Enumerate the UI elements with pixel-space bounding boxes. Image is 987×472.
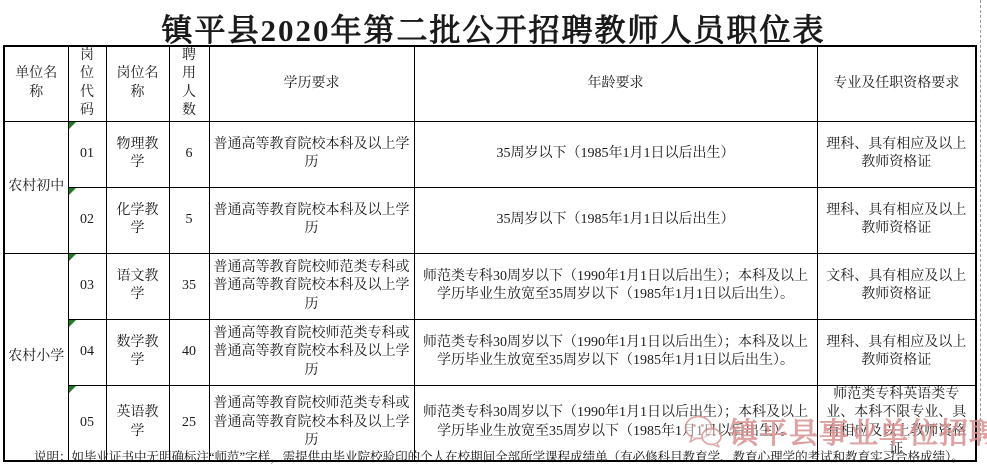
footnote: 说明：如毕业证书中无明确标注“师范”字样，需提供由毕业院校验印的个人在校期间全部… [34, 447, 969, 465]
col-header-age: 年龄要求 [414, 46, 817, 121]
unit-name-cell: 农村小学 [4, 253, 68, 460]
age-cell: 35周岁以下（1985年1月1日以后出生） [414, 121, 817, 187]
col-header-post-code: 岗位代码 [68, 46, 106, 121]
age-cell: 35周岁以下（1985年1月1日以后出生） [414, 187, 817, 253]
page-break-divider [980, 0, 981, 441]
page-title: 镇平县2020年第二批公开招聘教师人员职位表 [0, 5, 987, 50]
post-code-cell: 02 [68, 187, 106, 253]
cell-flag-icon [69, 386, 76, 393]
job-positions-table: 单位名称 岗位代码 岗位名称 聘用人数 学历要求 年龄要求 专业及任职资格要求 … [3, 45, 977, 462]
post-code-cell: 01 [68, 121, 106, 187]
qualification-cell: 理科、具有相应及以上教师资格证 [817, 187, 976, 253]
hire-count-cell: 5 [169, 187, 209, 253]
post-code-text: 03 [80, 278, 94, 293]
post-code-text: 05 [80, 415, 94, 430]
post-code-text: 01 [80, 146, 94, 161]
age-cell: 师范类专科30周岁以下（1990年1月1日以后出生）；本科及以上学历毕业生放宽至… [414, 253, 817, 319]
table-row: 02 化学教学 5 普通高等教育院校本科及以上学历 35周岁以下（1985年1月… [4, 187, 976, 253]
col-header-post-name: 岗位名称 [106, 46, 169, 121]
col-header-education: 学历要求 [209, 46, 414, 121]
col-header-unit-name: 单位名称 [4, 46, 68, 121]
col-header-qualification: 专业及任职资格要求 [817, 46, 976, 121]
education-cell: 普通高等教育院校师范类专科或普通高等教育院校本科及以上学历 [209, 253, 414, 319]
age-cell: 师范类专科30周岁以下（1990年1月1日以后出生）；本科及以上学历毕业生放宽至… [414, 319, 817, 385]
qualification-cell: 理科、具有相应及以上教师资格证 [817, 319, 976, 385]
header-row: 单位名称 岗位代码 岗位名称 聘用人数 学历要求 年龄要求 专业及任职资格要求 [4, 46, 976, 121]
post-name-cell: 物理教学 [106, 121, 169, 187]
education-cell: 普通高等教育院校本科及以上学历 [209, 121, 414, 187]
col-header-hire-count: 聘用人数 [169, 46, 209, 121]
unit-name-cell: 农村初中 [4, 121, 68, 253]
table-row: 农村小学 03 语文教学 35 普通高等教育院校师范类专科或普通高等教育院校本科… [4, 253, 976, 319]
qualification-cell: 文科、具有相应及以上教师资格证 [817, 253, 976, 319]
table-row: 农村初中 01 物理教学 6 普通高等教育院校本科及以上学历 35周岁以下（19… [4, 121, 976, 187]
education-cell: 普通高等教育院校本科及以上学历 [209, 187, 414, 253]
hire-count-cell: 40 [169, 319, 209, 385]
post-name-cell: 语文教学 [106, 253, 169, 319]
post-code-text: 02 [80, 212, 94, 227]
post-code-cell: 04 [68, 319, 106, 385]
cell-flag-icon [69, 254, 76, 261]
hire-count-cell: 35 [169, 253, 209, 319]
table-row: 04 数学教学 40 普通高等教育院校师范类专科或普通高等教育院校本科及以上学历… [4, 319, 976, 385]
post-name-cell: 数学教学 [106, 319, 169, 385]
post-code-cell: 03 [68, 253, 106, 319]
cell-flag-icon [69, 188, 76, 195]
hire-count-cell: 6 [169, 121, 209, 187]
cell-flag-icon [69, 122, 76, 129]
cell-flag-icon [69, 320, 76, 327]
education-cell: 普通高等教育院校师范类专科或普通高等教育院校本科及以上学历 [209, 319, 414, 385]
post-code-text: 04 [80, 344, 94, 359]
qualification-cell: 理科、具有相应及以上教师资格证 [817, 121, 976, 187]
post-name-cell: 化学教学 [106, 187, 169, 253]
